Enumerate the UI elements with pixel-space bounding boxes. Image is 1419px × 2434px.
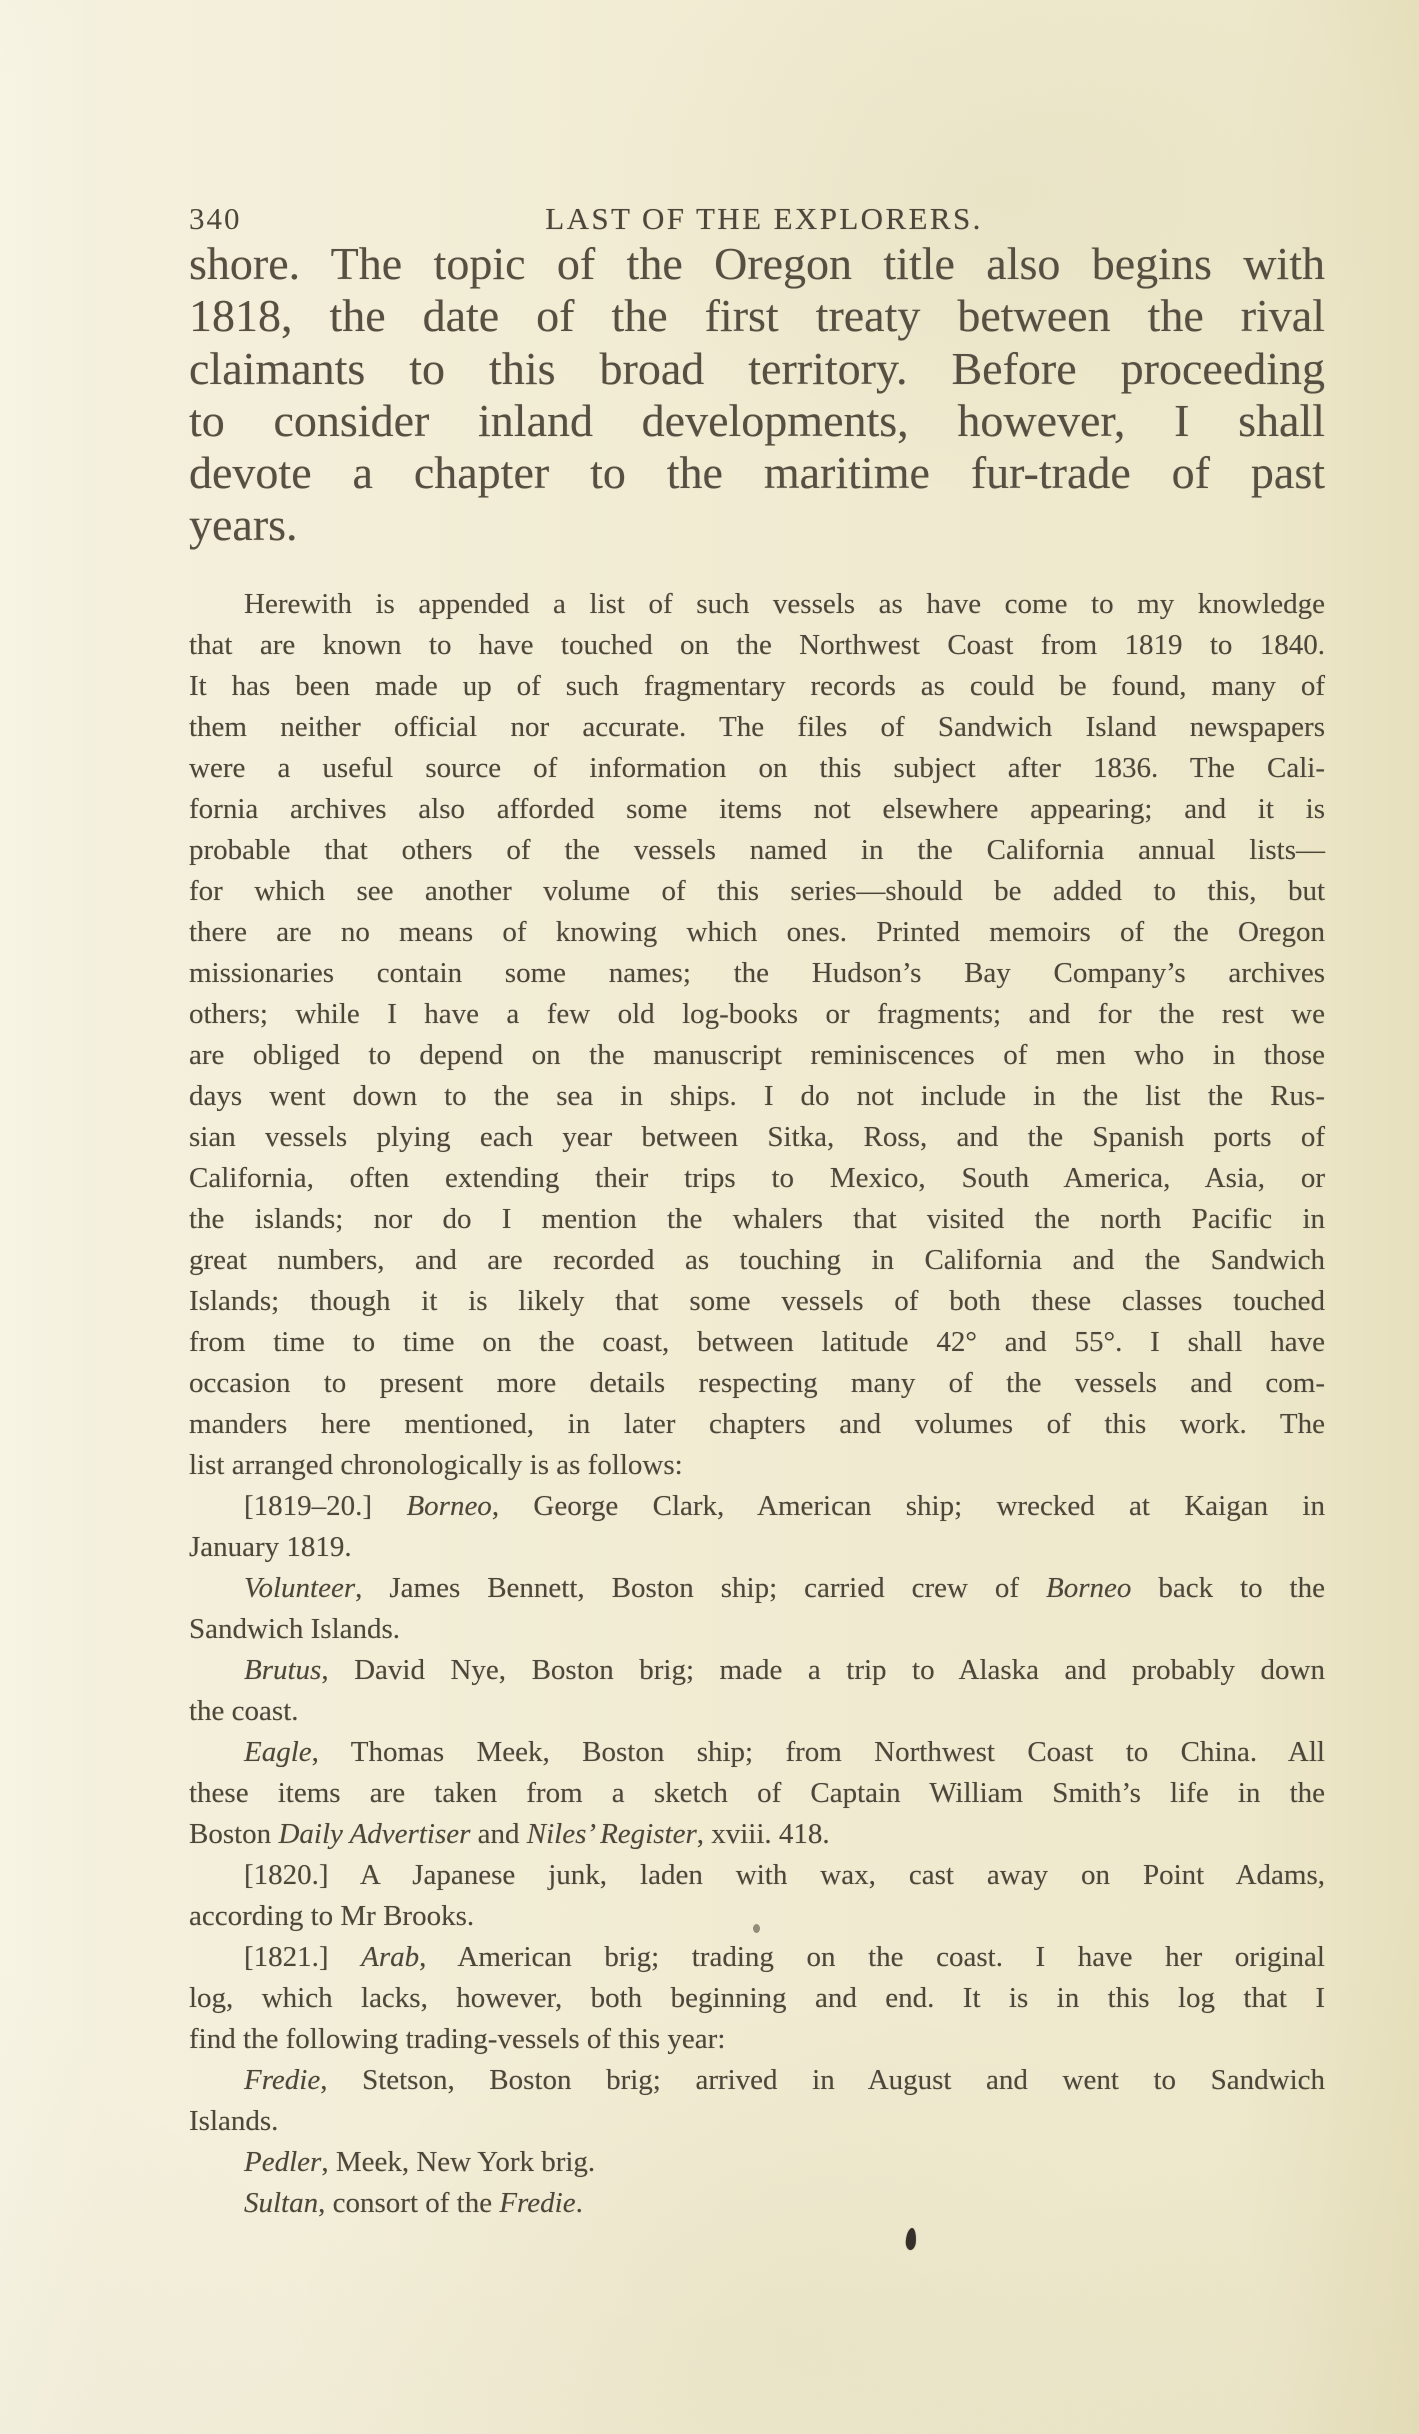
text-line: California, often extending their trips …: [189, 1158, 1325, 1199]
text-segment: missionaries contain some names; the Hud…: [189, 957, 1325, 989]
text-segment: for which see another volume of this ser…: [189, 875, 1325, 907]
text-segment: these items are taken from a sketch of C…: [189, 1777, 1325, 1809]
text-segment: others; while I have a few old log-books…: [189, 998, 1325, 1030]
text-line: years.: [189, 499, 1325, 551]
text-segment: Boston: [189, 1818, 278, 1850]
text-segment: years.: [189, 499, 298, 550]
ship-name-italic: Pedler: [244, 2146, 321, 2178]
text-segment: were a useful source of information on t…: [189, 752, 1325, 784]
ship-name-italic: Niles’ Register: [527, 1818, 697, 1850]
text-segment: 1818, the date of the first treaty betwe…: [189, 290, 1325, 341]
text-segment: Sandwich Islands.: [189, 1613, 400, 1645]
text-line: Sandwich Islands.: [189, 1609, 1325, 1650]
text-line: Volunteer, James Bennett, Boston ship; c…: [189, 1568, 1325, 1609]
text-segment: manders here mentioned, in later chapter…: [189, 1408, 1325, 1440]
ship-name-italic: Sultan: [244, 2187, 318, 2219]
text-segment: California, often extending their trips …: [189, 1162, 1325, 1194]
text-segment: , American brig; trading on the coast. I…: [419, 1941, 1325, 1973]
text-segment: and: [470, 1818, 526, 1850]
text-line: from time to time on the coast, between …: [189, 1322, 1325, 1363]
text-segment: [1819–20.]: [244, 1490, 406, 1522]
text-line: Herewith is appended a list of such vess…: [189, 584, 1325, 625]
text-line: Islands.: [189, 2101, 1325, 2142]
text-segment: back to the: [1131, 1572, 1325, 1604]
vessel-list-text: Herewith is appended a list of such vess…: [189, 584, 1325, 2224]
text-segment: [1820.] A Japanese junk, laden with wax,…: [244, 1859, 1325, 1891]
text-segment: to consider inland developments, however…: [189, 395, 1325, 446]
text-segment: Islands; though it is likely that some v…: [189, 1285, 1325, 1317]
text-line: devote a chapter to the maritime fur-tra…: [189, 447, 1325, 499]
text-segment: Islands.: [189, 2105, 278, 2137]
text-segment: the islands; nor do I mention the whaler…: [189, 1203, 1325, 1235]
text-line: Eagle, Thomas Meek, Boston ship; from No…: [189, 1732, 1325, 1773]
text-line: these items are taken from a sketch of C…: [189, 1773, 1325, 1814]
text-segment: them neither official nor accurate. The …: [189, 711, 1325, 743]
text-segment: devote a chapter to the maritime fur-tra…: [189, 447, 1325, 498]
text-line: others; while I have a few old log-books…: [189, 994, 1325, 1035]
running-title: LAST OF THE EXPLORERS.: [189, 201, 1325, 237]
text-segment: there are no means of knowing which ones…: [189, 916, 1325, 948]
text-segment: , Thomas Meek, Boston ship; from Northwe…: [312, 1736, 1325, 1768]
text-segment: days went down to the sea in ships. I do…: [189, 1080, 1325, 1112]
ship-name-italic: Fredie: [499, 2187, 575, 2219]
text-line: the coast.: [189, 1691, 1325, 1732]
text-segment: that are known to have touched on the No…: [189, 629, 1325, 661]
text-line: manders here mentioned, in later chapter…: [189, 1404, 1325, 1445]
text-line: days went down to the sea in ships. I do…: [189, 1076, 1325, 1117]
text-line: [1819–20.] Borneo, George Clark, America…: [189, 1486, 1325, 1527]
text-line: list arranged chronologically is as foll…: [189, 1445, 1325, 1486]
page-header: 340 LAST OF THE EXPLORERS.: [189, 201, 1325, 241]
text-segment: sian vessels plying each year between Si…: [189, 1121, 1325, 1153]
text-segment: the coast.: [189, 1695, 299, 1727]
ship-name-italic: Brutus: [244, 1654, 321, 1686]
text-line: Sultan, consort of the Fredie.: [189, 2183, 1325, 2224]
text-line: [1821.] Arab, American brig; trading on …: [189, 1937, 1325, 1978]
text-line: Pedler, Meek, New York brig.: [189, 2142, 1325, 2183]
text-line: fornia archives also afforded some items…: [189, 789, 1325, 830]
text-segment: [1821.]: [244, 1941, 361, 1973]
text-segment: It has been made up of such fragmentary …: [189, 670, 1325, 702]
text-segment: , David Nye, Boston brig; made a trip to…: [321, 1654, 1325, 1686]
text-line: that are known to have touched on the No…: [189, 625, 1325, 666]
ship-name-italic: Fredie: [244, 2064, 320, 2096]
text-line: [1820.] A Japanese junk, laden with wax,…: [189, 1855, 1325, 1896]
text-segment: find the following trading-vessels of th…: [189, 2023, 725, 2055]
ship-name-italic: Volunteer: [244, 1572, 355, 1604]
text-segment: Herewith is appended a list of such vess…: [244, 588, 1325, 620]
text-segment: shore. The topic of the Oregon title als…: [189, 238, 1325, 289]
ship-name-italic: Daily Advertiser: [278, 1818, 470, 1850]
text-segment: are obliged to depend on the manuscript …: [189, 1039, 1325, 1071]
ship-name-italic: Borneo: [406, 1490, 491, 1522]
ship-name-italic: Eagle: [244, 1736, 312, 1768]
lead-paragraph: shore. The topic of the Oregon title als…: [189, 238, 1325, 552]
text-line: shore. The topic of the Oregon title als…: [189, 238, 1325, 290]
text-line: them neither official nor accurate. The …: [189, 707, 1325, 748]
ship-name-italic: Arab: [361, 1941, 419, 1973]
text-segment: from time to time on the coast, between …: [189, 1326, 1325, 1358]
text-line: Islands; though it is likely that some v…: [189, 1281, 1325, 1322]
text-segment: log, which lacks, however, both beginnin…: [189, 1982, 1325, 2014]
text-line: the islands; nor do I mention the whaler…: [189, 1199, 1325, 1240]
text-line: claimants to this broad territory. Befor…: [189, 343, 1325, 395]
text-segment: great numbers, and are recorded as touch…: [189, 1244, 1325, 1276]
text-segment: , Meek, New York brig.: [321, 2146, 595, 2178]
text-segment: , xviii. 418.: [697, 1818, 830, 1850]
text-line: occasion to present more details respect…: [189, 1363, 1325, 1404]
text-line: to consider inland developments, however…: [189, 395, 1325, 447]
text-line: sian vessels plying each year between Si…: [189, 1117, 1325, 1158]
text-line: probable that others of the vessels name…: [189, 830, 1325, 871]
text-segment: , James Bennett, Boston ship; carried cr…: [355, 1572, 1046, 1604]
text-segment: fornia archives also afforded some items…: [189, 793, 1325, 825]
text-line: Brutus, David Nye, Boston brig; made a t…: [189, 1650, 1325, 1691]
text-line: January 1819.: [189, 1527, 1325, 1568]
text-line: 1818, the date of the first treaty betwe…: [189, 290, 1325, 342]
scanned-book-page: { "palette":{ "paper":"#f1ecd3", "paper_…: [0, 0, 1419, 2434]
text-segment: claimants to this broad territory. Befor…: [189, 343, 1325, 394]
text-line: Fredie, Stetson, Boston brig; arrived in…: [189, 2060, 1325, 2101]
text-segment: list arranged chronologically is as foll…: [189, 1449, 683, 1481]
text-line: log, which lacks, however, both beginnin…: [189, 1978, 1325, 2019]
text-segment: according to Mr Brooks.: [189, 1900, 474, 1932]
ink-speck: [753, 1924, 760, 1933]
text-line: missionaries contain some names; the Hud…: [189, 953, 1325, 994]
text-line: were a useful source of information on t…: [189, 748, 1325, 789]
text-line: are obliged to depend on the manuscript …: [189, 1035, 1325, 1076]
text-line: great numbers, and are recorded as touch…: [189, 1240, 1325, 1281]
text-line: find the following trading-vessels of th…: [189, 2019, 1325, 2060]
text-segment: , consort of the: [318, 2187, 499, 2219]
text-line: there are no means of knowing which ones…: [189, 912, 1325, 953]
text-segment: , Stetson, Boston brig; arrived in Augus…: [320, 2064, 1325, 2096]
text-segment: , George Clark, American ship; wrecked a…: [492, 1490, 1325, 1522]
text-line: It has been made up of such fragmentary …: [189, 666, 1325, 707]
text-segment: probable that others of the vessels name…: [189, 834, 1325, 866]
text-line: for which see another volume of this ser…: [189, 871, 1325, 912]
text-segment: occasion to present more details respect…: [189, 1367, 1325, 1399]
text-segment: .: [576, 2187, 583, 2219]
ship-name-italic: Borneo: [1046, 1572, 1131, 1604]
text-segment: January 1819.: [189, 1531, 352, 1563]
text-line: Boston Daily Advertiser and Niles’ Regis…: [189, 1814, 1325, 1855]
ink-blot: [905, 2228, 917, 2251]
